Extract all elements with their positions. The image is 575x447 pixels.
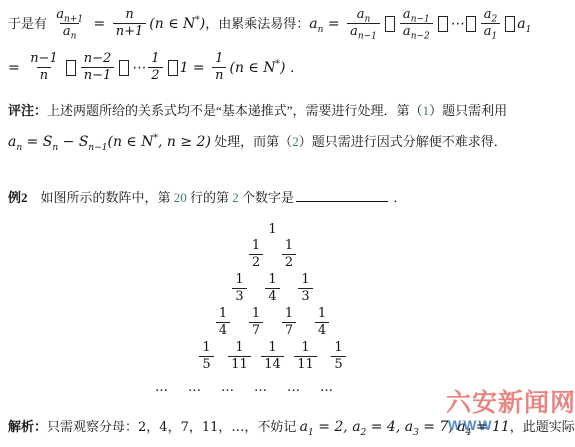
- missing-glyph-box: [119, 60, 129, 76]
- math-fraction: 12: [249, 239, 263, 271]
- missing-glyph-box: [385, 16, 395, 32]
- triangle-cell: …: [283, 380, 306, 395]
- text-run: 行的第: [187, 190, 233, 205]
- triangle-cell: 14: [311, 307, 334, 339]
- triangle-row: 1212: [240, 239, 306, 271]
- triangle-cell: 13: [294, 273, 317, 305]
- triangle-cell: 15: [327, 341, 350, 373]
- math-text: =: [8, 60, 24, 76]
- math-fraction: n−1n: [27, 52, 61, 84]
- math-text: an = Sn − Sn−1(n ∈ N*, n ≥ 2): [8, 134, 211, 150]
- math-fraction: 1n: [212, 52, 226, 84]
- math-fraction: anan−1: [347, 8, 380, 40]
- watermark-site-name: 六安新闻网: [446, 383, 575, 419]
- answer-blank: [296, 187, 388, 202]
- math-text: ⋯: [450, 16, 464, 32]
- text-run: ）题只需利用: [429, 103, 507, 118]
- triangle-cell: …: [217, 380, 240, 395]
- text-run: 处理，而第（: [211, 134, 292, 149]
- text-run: ．: [390, 190, 406, 205]
- math-fraction: 17: [282, 307, 296, 339]
- math-text: a1: [517, 16, 531, 32]
- triangle-row: 1511111411115: [190, 341, 355, 373]
- triangle-cell: 14: [261, 273, 284, 305]
- missing-glyph-box: [66, 60, 76, 76]
- math-text: =: [89, 16, 110, 32]
- triangle-cell: 17: [278, 307, 301, 339]
- math-fraction: 14: [216, 307, 230, 339]
- math-fraction: 15: [331, 341, 345, 373]
- text-run: 个数字是: [239, 190, 294, 205]
- triangle-row: 14171714: [207, 307, 339, 339]
- math-fraction: 111: [228, 341, 251, 373]
- math-fraction: 12: [148, 52, 162, 84]
- triangle-row: 1: [256, 222, 289, 237]
- text-run: 不妨记: [257, 419, 299, 434]
- example-2-problem-line: 例2 如图所示的数阵中，第 20 行的第 2 个数字是 ．: [8, 187, 406, 209]
- math-fraction: a2a1: [481, 8, 501, 40]
- triangle-cell: …: [250, 380, 273, 395]
- triangle-row: 131413: [223, 273, 322, 305]
- triangle-cell: 15: [195, 341, 218, 373]
- number-list: 2，4，7，11，…，: [138, 420, 257, 435]
- triangle-cell: 12: [278, 239, 301, 271]
- math-fraction: 12: [282, 239, 296, 271]
- triangle-cell: 111: [294, 341, 317, 373]
- math-text: (n ∈ N*) ．: [229, 60, 303, 76]
- text-run: ）题只需进行因式分解便不难求得．: [299, 134, 507, 149]
- triangle-cell: 1: [261, 222, 284, 237]
- math-text: =: [328, 16, 344, 32]
- number-triangle: 11212131413141717141511111411115………………: [0, 222, 545, 397]
- triangle-cell: 111: [228, 341, 251, 373]
- math-fraction: an+1an: [53, 8, 86, 40]
- triangle-row: ………………: [146, 380, 344, 395]
- math-text: an: [309, 16, 328, 32]
- triangle-cell: 12: [245, 239, 268, 271]
- math-text: a1 = 2, a2 = 4, a3 = 7, a4 = 11: [300, 419, 510, 435]
- text-run: ，由累乘法易得：: [205, 16, 309, 31]
- triangle-cell: 17: [245, 307, 268, 339]
- comment-paragraph-line-1: 评注：上述两题所给的关系式均不是“基本递推式”，需要进行处理．第（1）题只需利用: [8, 100, 507, 122]
- math-fraction: nn+1: [113, 8, 147, 40]
- math-fraction: 114: [261, 341, 284, 373]
- missing-glyph-box: [168, 60, 178, 76]
- math-fraction: 15: [199, 341, 213, 373]
- math-fraction: n−2n−1: [81, 52, 115, 84]
- math-text: 1 =: [180, 60, 210, 76]
- triangle-cell: …: [316, 380, 339, 395]
- triangle-cell: 114: [261, 341, 284, 373]
- text-run: 上述两题所给的关系式均不是“基本递推式”，需要进行处理．第（: [47, 103, 423, 118]
- text-run: 评注：: [8, 103, 47, 118]
- triangle-cell: 13: [228, 273, 251, 305]
- text-run: 如图所示的数阵中，第: [28, 190, 174, 205]
- highlighted-number: 20: [174, 190, 187, 205]
- comment-paragraph-line-2: an = Sn − Sn−1(n ∈ N*, n ≥ 2) 处理，而第（2）题只…: [8, 131, 507, 153]
- triangle-cell: …: [151, 380, 174, 395]
- formula-line-1: 于是有 an+1an = nn+1(n ∈ N*)，由累乘法易得：an = an…: [8, 2, 531, 46]
- math-fraction: 13: [298, 273, 312, 305]
- triangle-cell: 14: [212, 307, 235, 339]
- math-fraction: 14: [315, 307, 329, 339]
- math-text: ⋯: [131, 60, 145, 76]
- missing-glyph-box: [466, 16, 476, 32]
- text-run: 解析：: [8, 419, 47, 434]
- missing-glyph-box: [438, 16, 448, 32]
- text-run: 于是有: [8, 16, 50, 31]
- analysis-line: 解析：只需观察分母：2，4，7，11，…，不妨记 a1 = 2, a2 = 4,…: [8, 416, 575, 439]
- formula-line-2: = n−1nn−2n−1⋯121 = 1n(n ∈ N*) ．: [8, 46, 304, 90]
- text-run: ，此题实际是给出数: [510, 419, 575, 434]
- text-run: 只需观察分母：: [47, 419, 138, 434]
- triangle-cell: …: [184, 380, 207, 395]
- math-text: (n ∈ N*): [149, 16, 205, 32]
- math-fraction: 13: [232, 273, 246, 305]
- math-fraction: 14: [265, 273, 279, 305]
- document-page: { "formula": { "line1": [ {"t":"t","v":"…: [0, 0, 575, 447]
- math-fraction: 17: [249, 307, 263, 339]
- text-run: 例2: [8, 190, 28, 205]
- math-fraction: an−1an−2: [400, 8, 433, 40]
- missing-glyph-box: [505, 16, 515, 32]
- math-fraction: 111: [294, 341, 317, 373]
